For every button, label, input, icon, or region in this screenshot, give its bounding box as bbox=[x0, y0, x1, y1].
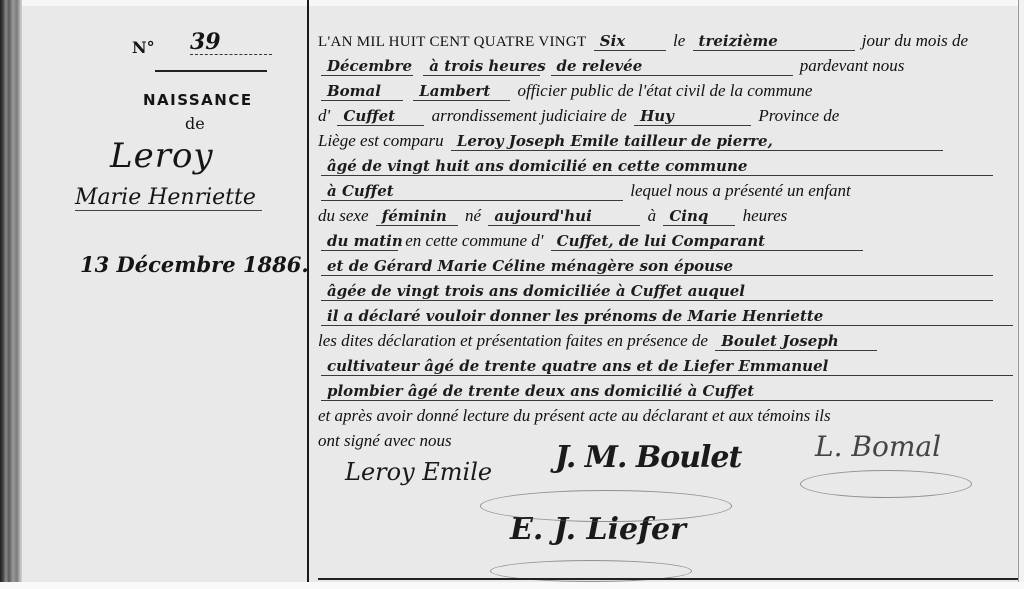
act-line-10: et de Gérard Marie Céline ménagère son é… bbox=[318, 255, 1008, 277]
act-line-7: à Cuffet lequel nous a présenté un enfan… bbox=[318, 180, 1008, 202]
act-line-16: et après avoir donné lecture du présent … bbox=[318, 405, 1008, 427]
act-number-label: N° bbox=[132, 38, 155, 57]
officer-signature-flourish bbox=[800, 470, 972, 498]
margin-summary bbox=[22, 0, 307, 589]
act-type-preposition: de bbox=[185, 114, 205, 133]
act-number-value: 39 bbox=[190, 30, 272, 55]
child-surname: Leroy bbox=[110, 136, 214, 176]
act-bottom-rule bbox=[318, 578, 1018, 580]
book-binding-edge bbox=[0, 0, 22, 589]
child-given-names: Marie Henriette bbox=[75, 186, 262, 211]
witness-signature-flourish bbox=[480, 490, 732, 522]
act-line-3: Bomal Lambert officier public de l'état … bbox=[318, 80, 1008, 102]
act-line-6: âgé de vingt huit ans domicilié en cette… bbox=[318, 155, 1008, 177]
act-line-11: âgée de vingt trois ans domiciliée à Cuf… bbox=[318, 280, 1008, 302]
act-line-8: du sexe féminin né aujourd'hui à Cinq he… bbox=[318, 205, 1008, 227]
signature-declarant: Leroy Emile bbox=[345, 458, 492, 486]
act-line-1: L'AN MIL HUIT CENT QUATRE VINGT Six le t… bbox=[318, 30, 1008, 52]
act-line-14: cultivateur âgé de trente quatre ans et … bbox=[318, 355, 1008, 377]
act-line-12: il a déclaré vouloir donner les prénoms … bbox=[318, 305, 1008, 327]
act-type-heading: NAISSANCE bbox=[143, 91, 253, 109]
signature-witness-1: J. M. Boulet bbox=[555, 440, 741, 475]
act-line-9: du matin en cette commune d' Cuffet, de … bbox=[318, 230, 1008, 252]
birth-register-page: N° 39 NAISSANCE de Leroy Marie Henriette… bbox=[0, 0, 1024, 589]
birth-date: 13 Décembre 1886. bbox=[80, 252, 309, 277]
act-line-2: Décembre à trois heures de relevée parde… bbox=[318, 55, 1008, 77]
page-right-edge bbox=[1018, 0, 1024, 589]
number-underline-rule bbox=[155, 70, 267, 72]
margin-divider-line bbox=[307, 0, 309, 589]
act-line-13: les dites déclaration et présentation fa… bbox=[318, 330, 1008, 352]
act-line-15: plombier âgé de trente deux ans domicili… bbox=[318, 380, 1008, 402]
act-line-5: Liège est comparu Leroy Joseph Emile tai… bbox=[318, 130, 1008, 152]
signature-officer: L. Bomal bbox=[815, 430, 941, 463]
act-line-4: d' Cuffet arrondissement judiciaire de H… bbox=[318, 105, 1008, 127]
